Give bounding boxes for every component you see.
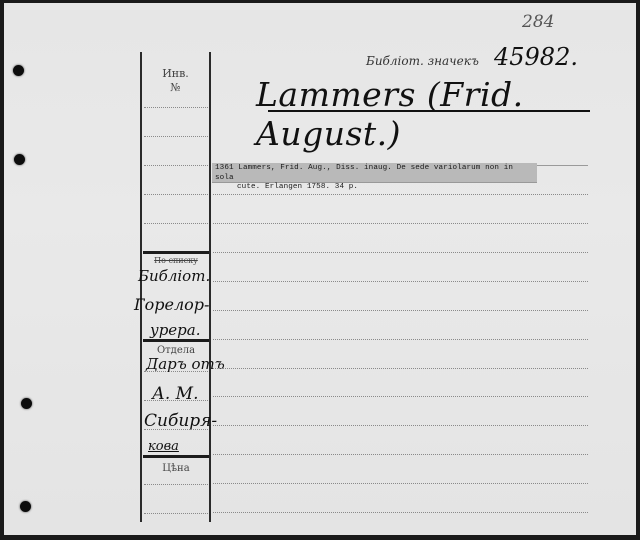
body-rule	[213, 483, 588, 484]
library-handwritten-3: урера.	[150, 321, 201, 339]
department-handwritten-2: А. М.	[152, 384, 199, 404]
section-divider	[143, 455, 209, 458]
left-rule	[144, 371, 208, 372]
inventory-number-label: №	[142, 81, 209, 94]
body-rule	[213, 368, 588, 369]
library-mark-label: Библіот. значекъ	[366, 54, 479, 68]
library-mark-value: 45982.	[494, 43, 578, 71]
left-rule	[144, 429, 208, 430]
left-rule	[144, 194, 208, 195]
body-rule	[213, 425, 588, 426]
body-rule	[213, 194, 588, 195]
price-label: Цѣна	[144, 463, 208, 474]
left-rule	[144, 484, 208, 485]
left-rule	[144, 223, 208, 224]
page-number: 284	[522, 12, 554, 32]
entry-line-2: cute. Erlangen 1758. 34 p.	[215, 183, 534, 193]
left-rule	[144, 136, 208, 137]
section-divider	[143, 251, 209, 254]
department-handwritten-4: кова	[148, 439, 179, 454]
punch-hole-icon	[13, 65, 24, 76]
punch-hole-icon	[21, 398, 32, 409]
body-rule	[213, 396, 588, 397]
punch-hole-icon	[20, 501, 31, 512]
body-rule	[213, 252, 588, 253]
author-heading: Lammers (Frid. August.)	[256, 75, 636, 153]
left-rule	[144, 165, 208, 166]
author-underline	[268, 110, 590, 112]
library-handwritten-1: Библіот.	[138, 267, 210, 285]
catalog-card: 284 Инв. № По списку Библіот. Горелор- у…	[4, 3, 636, 535]
pasted-bibliographic-entry: 1361 Lammers, Frid. Aug., Diss. inaug. D…	[212, 163, 537, 183]
body-rule	[213, 339, 588, 340]
body-rule	[213, 512, 588, 513]
inventory-label: Инв.	[142, 67, 209, 80]
section-divider	[143, 339, 209, 342]
department-handwritten-3: Сибиря-	[144, 411, 217, 431]
column-rule-left	[140, 52, 142, 522]
body-rule	[213, 223, 588, 224]
list-label: По списку	[144, 256, 208, 265]
column-rule-right	[209, 52, 211, 522]
library-handwritten-2: Горелор-	[134, 295, 209, 314]
left-rule	[144, 107, 208, 108]
body-rule	[213, 310, 588, 311]
left-rule	[144, 513, 208, 514]
entry-line-1: 1361 Lammers, Frid. Aug., Diss. inaug. D…	[215, 164, 534, 183]
body-rule	[213, 281, 588, 282]
body-rule	[213, 454, 588, 455]
left-rule	[144, 400, 208, 401]
punch-hole-icon	[14, 154, 25, 165]
